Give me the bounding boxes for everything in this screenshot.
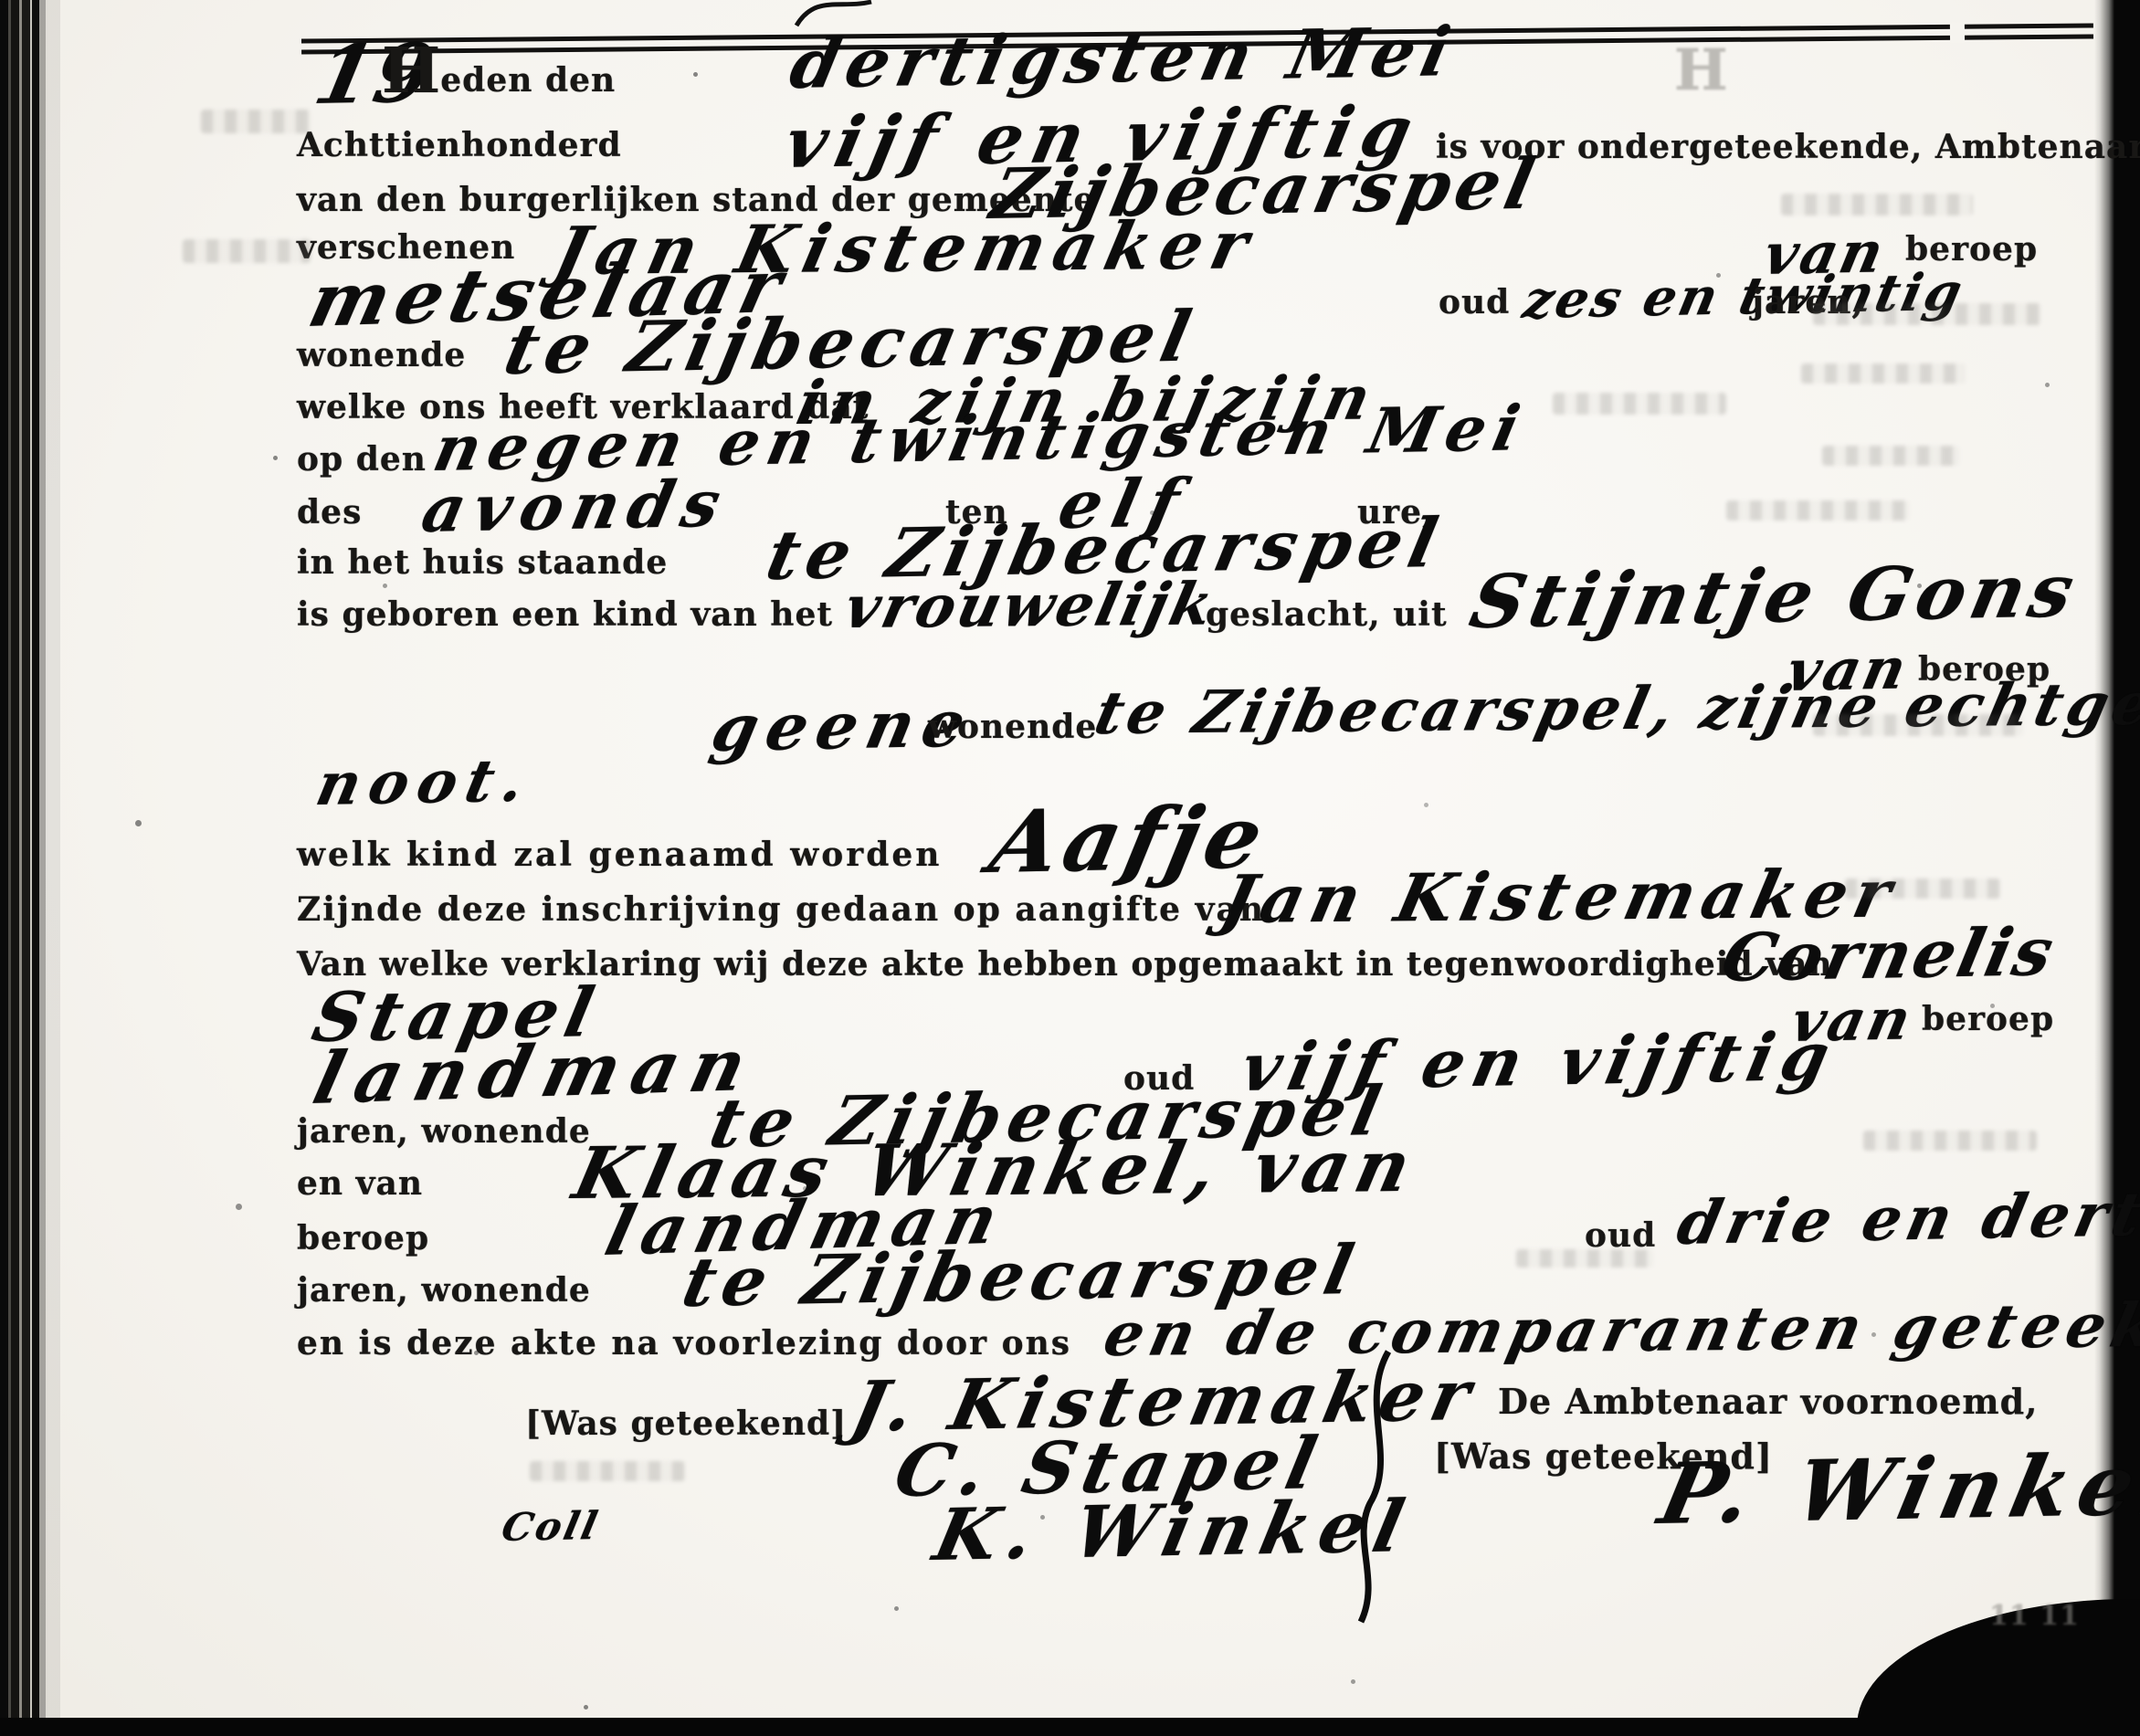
heden-rest: eden den <box>440 61 616 100</box>
label-des: des <box>297 493 362 531</box>
label-wonende-1: wonende <box>297 336 466 374</box>
heden-drop-cap: H <box>382 44 440 100</box>
label-inschrijving: Zijnde deze inschrijving gedaan op aangi… <box>297 890 1265 929</box>
label-oud-1: oud <box>1439 283 1510 321</box>
label-wonende-2: wonende <box>928 708 1097 746</box>
entry-witness1-profession: landman <box>306 1024 767 1121</box>
entry-witness2-age: drie en dertig <box>1671 1177 2140 1258</box>
label-achttienhonderd: Achttienhonderd <box>297 126 622 164</box>
signature-brace <box>1341 1350 1405 1624</box>
entry-date-day: dertigsten Mei <box>784 13 1464 104</box>
bleed-through-smudge <box>1822 446 1959 466</box>
signature-official: P. Winkel. <box>1651 1434 2140 1543</box>
entry-child-gender: vrouwelijk <box>838 570 1222 642</box>
birth-certificate-scan: H 19 Heden den dertigsten Mei Achttienho… <box>0 0 2140 1736</box>
label-voorlezing: en is deze akte na voorlezing door ons <box>297 1324 1071 1362</box>
speckle-noise <box>0 0 3 3</box>
label-was-geteekend-left: [Was geteekend] <box>525 1405 847 1443</box>
bleed-through-smudge <box>1813 714 2023 736</box>
entry-closing: en de comparanten geteekend <box>1098 1289 2140 1370</box>
label-op-den: op den <box>297 440 427 479</box>
entry-mother-residence: te Zijbecarspel, zijne echtge, <box>1089 670 2140 748</box>
label-en-van: en van <box>297 1164 423 1203</box>
label-beroep-3: beroep <box>1922 1000 2054 1038</box>
bleed-through-smudge <box>1553 393 1726 415</box>
bleed-through-smudge <box>1726 500 1909 521</box>
bleed-through-smudge <box>1813 303 2041 325</box>
bleed-through-smudge <box>1863 1131 2037 1151</box>
bleed-through-smudge <box>530 1461 685 1481</box>
label-ambtenaar-voornoemd: De Ambtenaar voornoemd, <box>1498 1381 2038 1422</box>
label-heden-den: Heden den <box>382 44 616 100</box>
bleed-through-smudge <box>1845 879 2000 899</box>
bleed-through-smudge <box>201 110 311 133</box>
entry-witness1-firstname: Cornelis <box>1715 912 2062 996</box>
entry-mother-residence-cont: noot. <box>311 747 540 819</box>
bleed-through-smudge <box>1781 194 1973 216</box>
label-jaren-wonende-2: jaren, wonende <box>297 1271 591 1310</box>
corner-page-marks: 11 11 <box>1989 1600 2080 1632</box>
label-geslacht-uit: geslacht, uit <box>1206 595 1448 634</box>
previous-record-stroke <box>793 0 875 27</box>
label-geboren: is geboren een kind van het <box>297 595 833 634</box>
right-edge-strip <box>2094 0 2140 1616</box>
rule-gap <box>1950 23 1965 43</box>
label-huis: in het huis staande <box>297 543 668 582</box>
entry-birth-part-of-day: avonds <box>416 466 736 547</box>
collation-mark: Coll <box>498 1503 604 1550</box>
page-letter-mark: H <box>1674 37 1729 103</box>
label-genaamd: welk kind zal genaamd worden <box>297 836 942 874</box>
bleed-through-smudge <box>1801 363 1966 384</box>
bottom-edge-bar <box>0 1718 2140 1736</box>
entry-mother-name: Stijntje Gons <box>1463 547 2086 645</box>
binding-edge-strip <box>0 0 60 1736</box>
label-jaren-wonende-1: jaren, wonende <box>297 1112 591 1151</box>
bleed-through-smudge <box>183 239 311 263</box>
bleed-through-smudge <box>1516 1249 1653 1268</box>
label-beroep-4: beroep <box>297 1219 429 1257</box>
